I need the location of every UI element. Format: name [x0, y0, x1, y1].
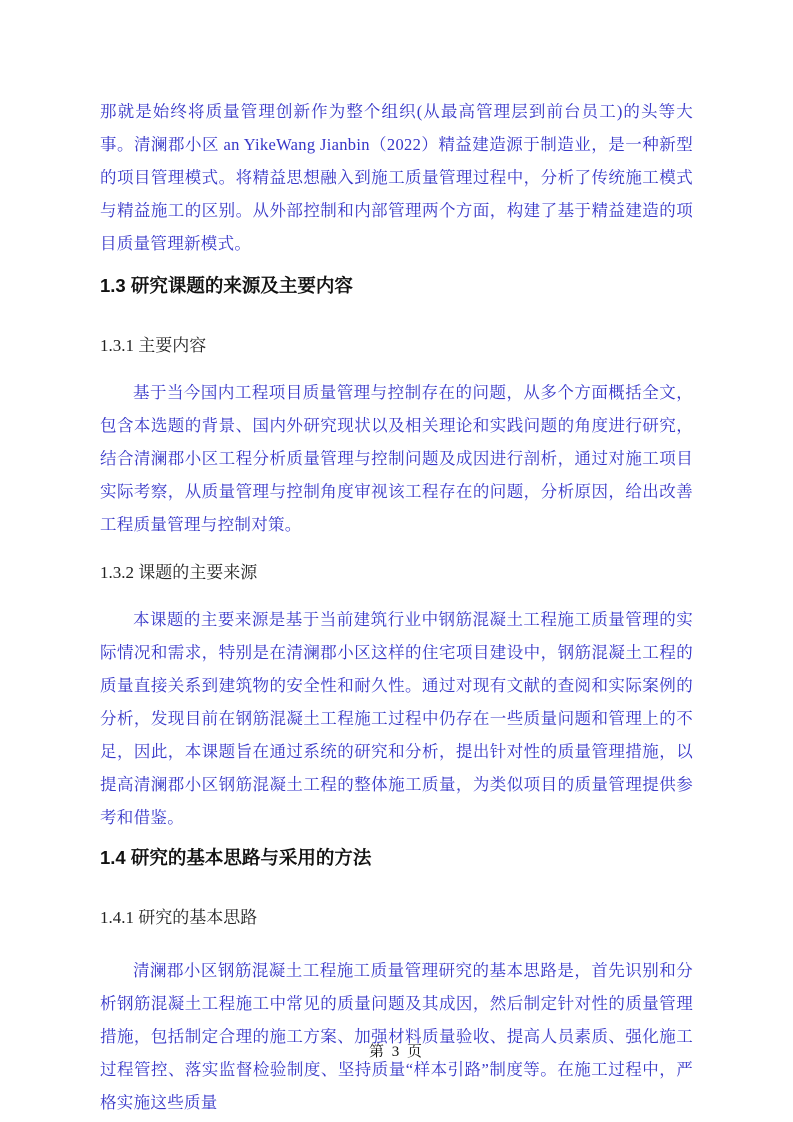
paragraph-1-3-2: 本课题的主要来源是基于当前建筑行业中钢筋混凝土工程施工质量管理的实际情况和需求，…: [100, 603, 693, 834]
document-page: 那就是始终将质量管理创新作为整个组织(从最高管理层到前台员工)的头等大事。清澜郡…: [0, 0, 793, 1122]
paragraph-1-3-1: 基于当今国内工程项目质量管理与控制存在的问题，从多个方面概括全文，包含本选题的背…: [100, 376, 693, 541]
heading-1-4: 1.4 研究的基本思路与采用的方法: [100, 844, 693, 872]
page-content: 那就是始终将质量管理创新作为整个组织(从最高管理层到前台员工)的头等大事。清澜郡…: [100, 0, 693, 1119]
heading-1-3-1: 1.3.1 主要内容: [100, 334, 693, 358]
paragraph-1-4-1: 清澜郡小区钢筋混凝土工程施工质量管理研究的基本思路是，首先识别和分析钢筋混凝土工…: [100, 954, 693, 1119]
heading-1-3: 1.3 研究课题的来源及主要内容: [100, 272, 693, 300]
heading-1-3-2: 1.3.2 课题的主要来源: [100, 561, 693, 585]
paragraph-intro-continuation: 那就是始终将质量管理创新作为整个组织(从最高管理层到前台员工)的头等大事。清澜郡…: [100, 95, 693, 260]
page-number: 第 3 页: [0, 1040, 793, 1061]
heading-1-4-1: 1.4.1 研究的基本思路: [100, 906, 693, 930]
